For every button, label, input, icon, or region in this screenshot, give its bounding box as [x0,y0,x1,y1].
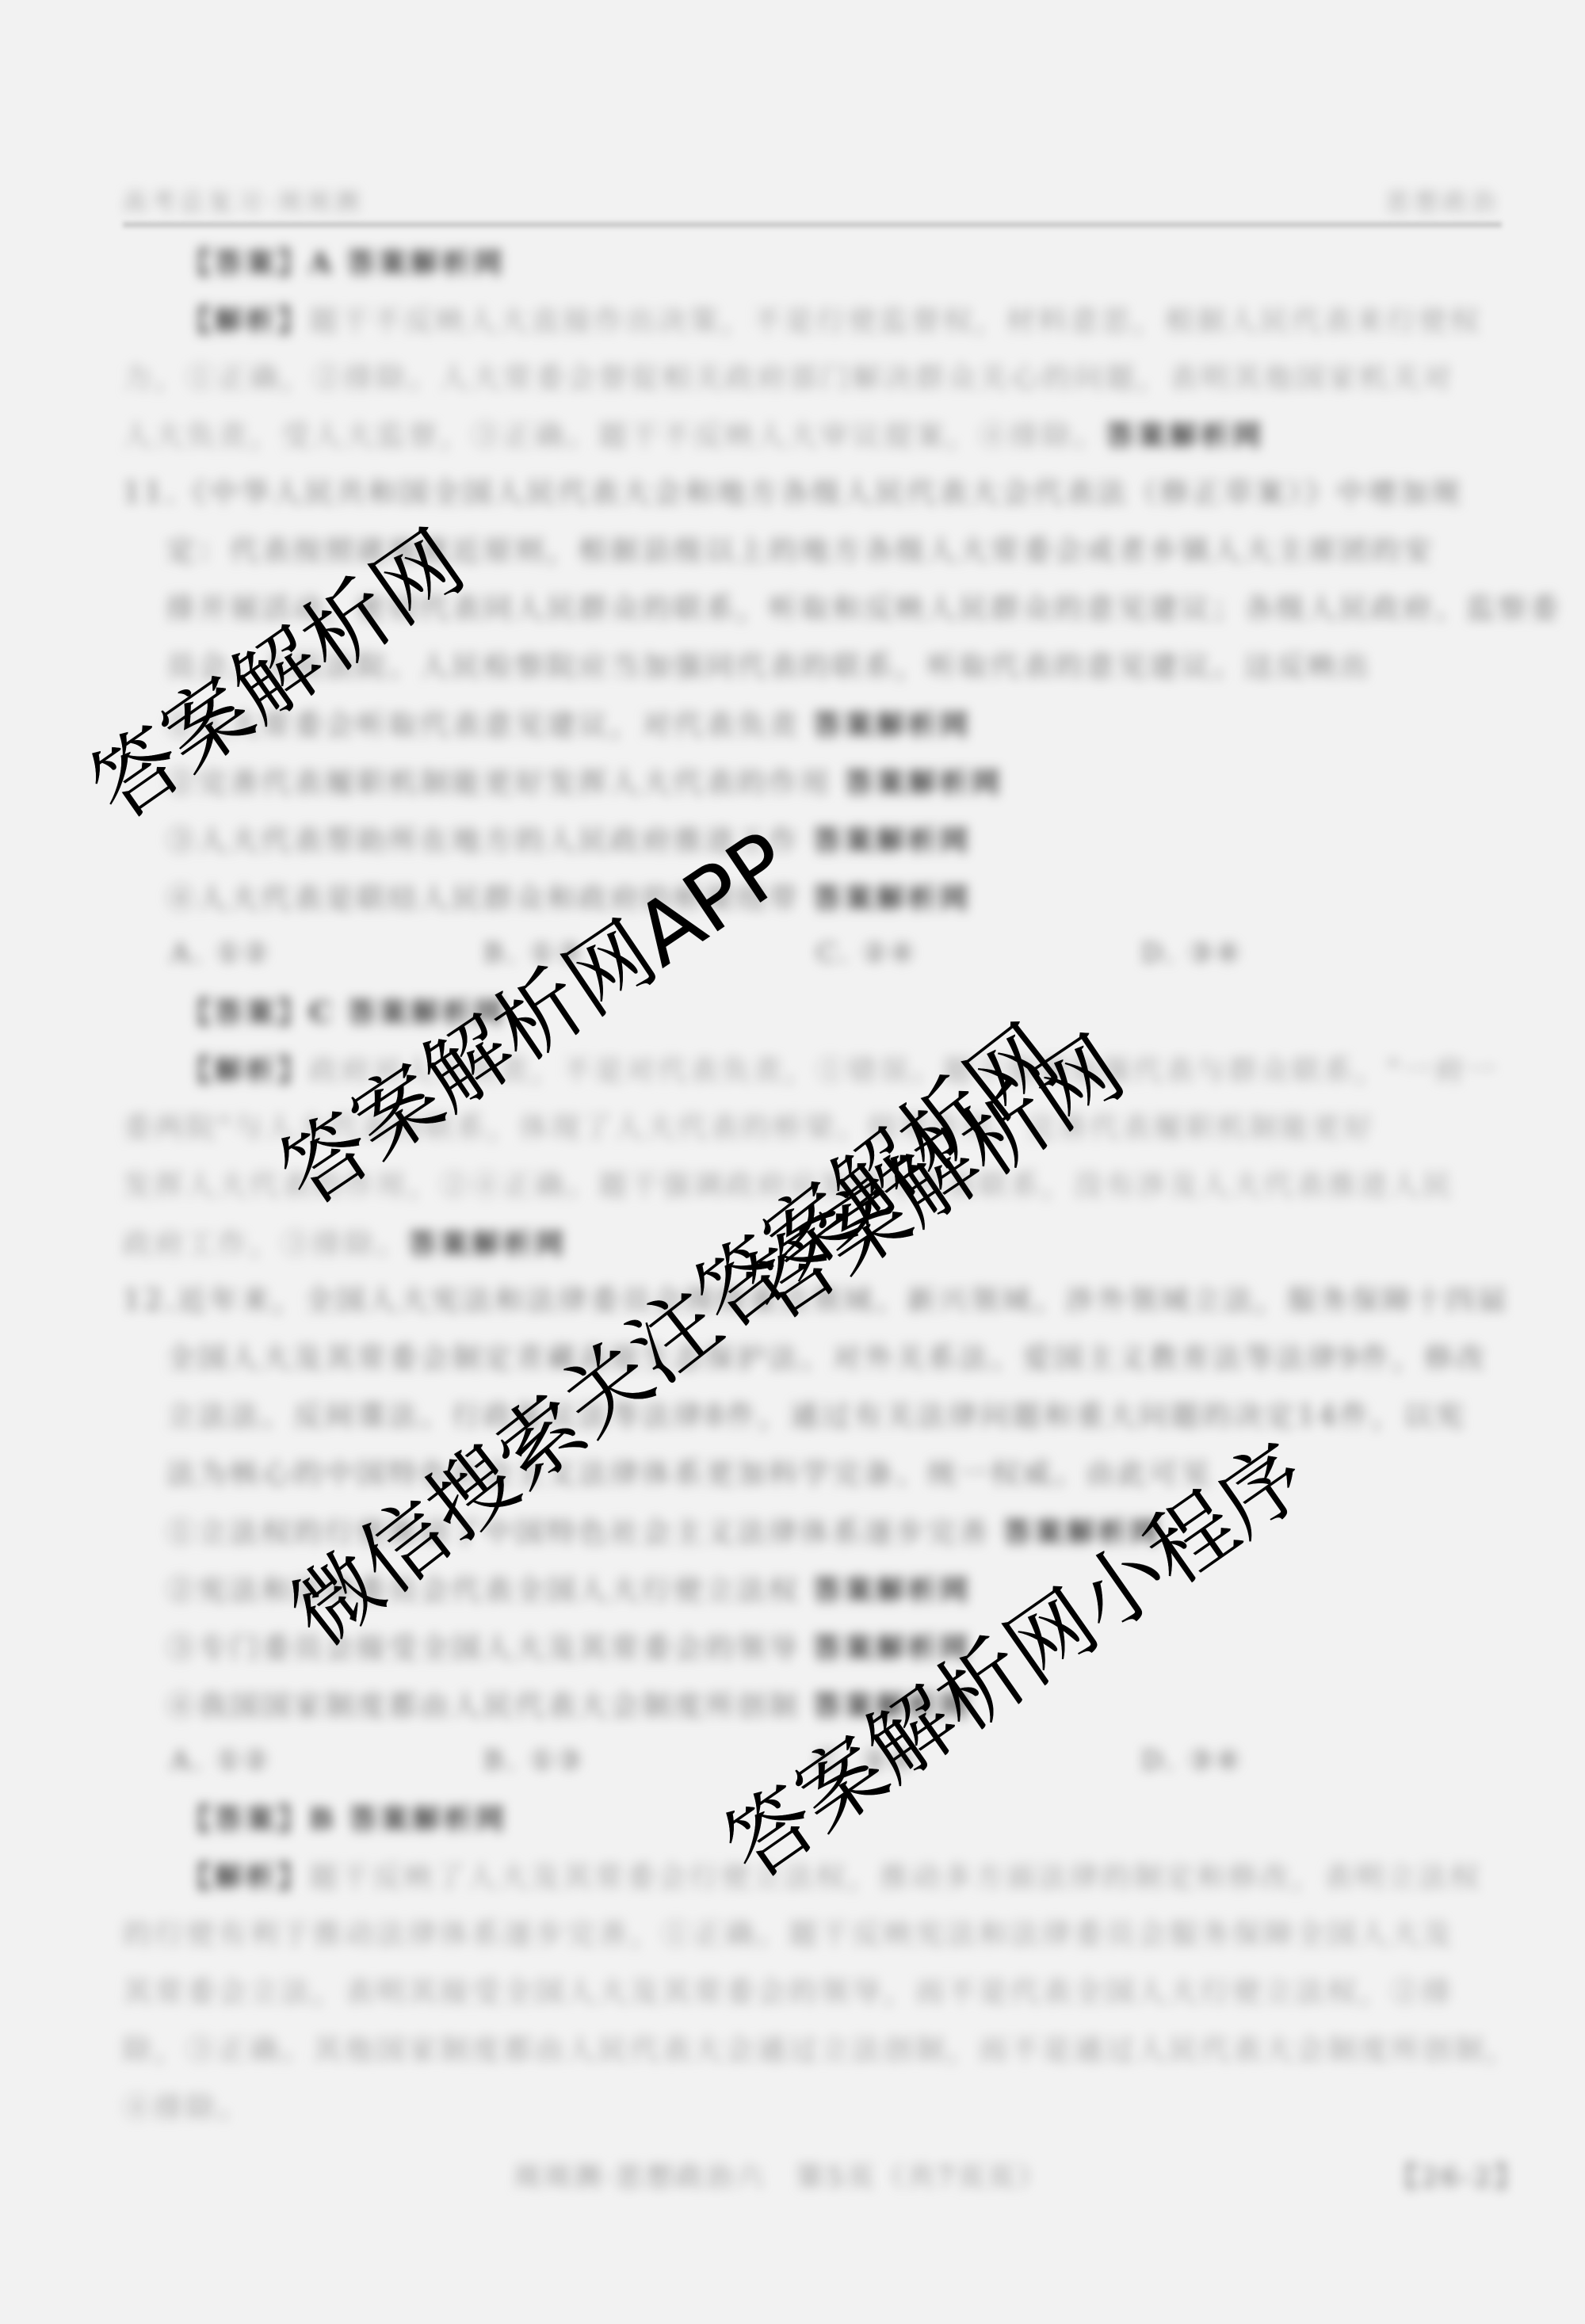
choice-a: A. ①② [170,1745,271,1776]
question-text: 全国人大及其常委会制定青藏高原生态保护法、对外关系法、爱国主义教育法等法律9件，… [166,1343,1488,1375]
statement-text: ④我国国家制度都由人民代表大会制度所创制 [166,1690,800,1723]
analysis-line: 【解析】题干不反映人大直接作出决策，不是行使监督权，材料意思，根据人民代表来行使… [182,305,1482,338]
analysis-text: 题干反映了人大及其常委会行使立法权，推动多方面法律的制定和修改，表明立法权 [309,1861,1482,1894]
statement-option: ③人大代表帮助所在地方的人民政府推进工作 答案解析网 [166,825,971,857]
choice-d: D. ③④ [1141,937,1243,969]
statement-option: ③专门委员会接受全国人大及其常委会的领导 答案解析网 [166,1632,971,1665]
analysis-text: 题干不反映人大直接作出决策，不是行使监督权，材料意思，根据人民代表来行使权 [309,305,1482,338]
analysis-text: 力，①正确，②排除。人大常委会督促相关政府部门解决群众关心的问题，表明其他国家机… [123,363,1454,395]
answer-label: 【答案】C [182,996,335,1029]
analysis-label: 【解析】 [182,304,309,338]
analysis-line: 人大负责，受人大监督，③正确。题干不反映人大审议提案，④排除。答案解析网 [123,420,1264,452]
statement-suffix: 答案解析网 [812,824,971,857]
analysis-line: 政府工作，③排除。答案解析网 [123,1228,567,1261]
answer-label: 【答案】B [182,1803,336,1836]
statement-text: ③专门委员会接受全国人大及其常委会的领导 [166,1632,800,1665]
answer-suffix: 答案解析网 [346,246,505,280]
header-subject: 思想政治 [1386,182,1500,217]
analysis-text: 政府工作，③排除。 [123,1228,408,1261]
statement-suffix: 答案解析网 [812,882,971,915]
question-text: 《中华人民共和国全国人民代表大会和地方各级人民代表大会代表法（修正草案）》中增加… [178,477,1463,509]
answer-label: 【答案】A [182,246,334,280]
analysis-line: 【解析】题干反映了人大及其常委会行使立法权，推动多方面法律的制定和修改，表明立法… [182,1861,1482,1894]
statement-text: ②完善代表履职机制能更好发挥人大代表的作用 [166,767,832,799]
question-number: 12. [123,1284,178,1317]
question-11-line: 11.《中华人民共和国全国人民代表大会和地方各级人民代表大会代表法（修正草案）》… [123,478,1463,509]
choice-d: D. ③④ [1141,1745,1243,1776]
statement-suffix: 答案解析网 [812,1574,971,1607]
choice-a: A. ①② [170,937,271,969]
answer-line-q12: 【答案】B 答案解析网 [182,1803,507,1836]
analysis-label: 【解析】 [182,1860,309,1894]
question-text: 法为核心的中国特色社会主义法律体系更加科学完备、统一权威。由此可见 [166,1459,1213,1490]
header-divider [123,222,1502,227]
header-left-title: 高考总复习·周周测 [123,182,364,217]
analysis-label: 【解析】 [182,1054,309,1087]
analysis-text: 人大负责，受人大监督，③正确。题干不反映人大审议提案，④排除。 [123,420,1106,452]
statement-option: ②完善代表履职机制能更好发挥人大代表的作用 答案解析网 [166,767,1003,799]
analysis-suffix: 答案解析网 [1106,419,1264,452]
statement-text: ②宪法和法律委员会代表全国人大行使立法权 [166,1574,800,1607]
statement-option: ④人大代表是联结人民群众和政府的桥梁纽带 答案解析网 [166,883,971,915]
document-page: 高考总复习·周周测 思想政治 【答案】A 答案解析网 【解析】题干不反映人大直接… [0,0,1585,2324]
footer-page-info: 周周测·思想政治六 第5页（共7页页） [514,2155,1048,2194]
analysis-text: 的行使有利于推动法律体系逐步完善，①正确。题干反映宪法和法律委员会服务保障全国人… [123,1919,1454,1951]
analysis-text: 其常委会立法，表明其接受全国人大及其常委会的领导，而不是代表全国人大行使立法权，… [123,1977,1454,2009]
statement-suffix: 答案解析网 [844,766,1003,799]
choice-b: B. ①③ [483,1745,585,1776]
answer-line-q10: 【答案】A 答案解析网 [182,247,505,280]
choice-c: C. ②④ [816,937,917,969]
page-header: 高考总复习·周周测 思想政治 [123,176,1500,223]
answer-suffix: 答案解析网 [349,1803,507,1836]
statement-text: ①立法权的行使推动了中国特色社会主义法律体系逐步完善 [166,1517,991,1549]
footer-code: 【26-2】 [1391,2155,1524,2194]
analysis-text: ④排除。 [123,2093,250,2124]
analysis-text: 除，③正确。其他国家制度都由人民代表大会通过立法创制，而不是通过人民代表大会制度… [123,2035,1518,2066]
question-number: 11. [123,477,178,509]
analysis-suffix: 答案解析网 [408,1227,567,1261]
statement-suffix: 答案解析网 [812,708,971,742]
